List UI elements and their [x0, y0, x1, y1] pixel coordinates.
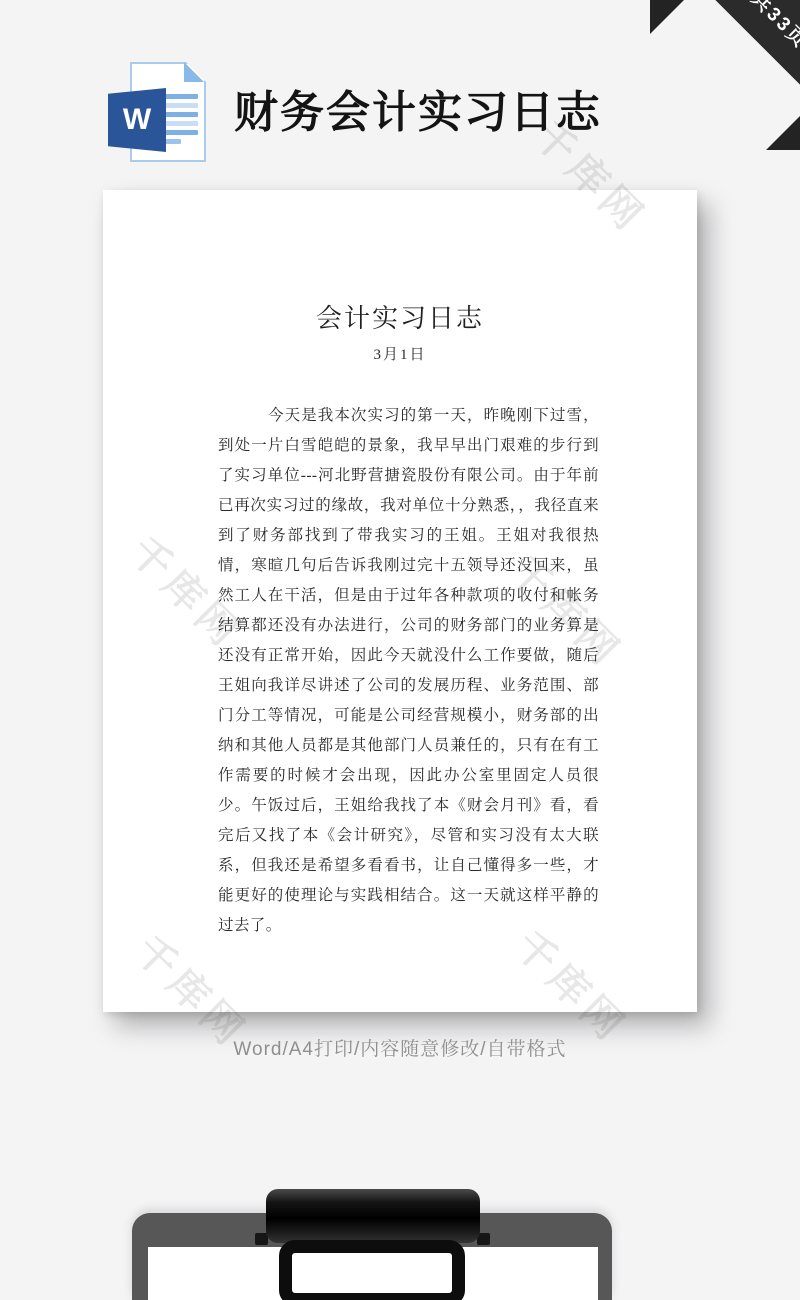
ribbon-fold-top: [650, 0, 684, 34]
word-icon-flag: W: [108, 88, 166, 152]
word-icon-letter: W: [123, 105, 151, 135]
template-title: 财务会计实习日志: [234, 76, 674, 140]
ribbon-fold-right: [766, 116, 800, 150]
word-file-icon: W: [108, 60, 210, 168]
document-preview-page: 会计实习日志 3月1日 今天是我本次实习的第一天，昨晚刚下过雪，到处一片白雪皑皑…: [103, 190, 697, 1012]
clipboard-clip-roller: [266, 1189, 480, 1243]
page-count-label: 共33页: [746, 0, 800, 54]
document-body: 今天是我本次实习的第一天，昨晚刚下过雪，到处一片白雪皑皑的景象，我早早出门艰难的…: [103, 401, 697, 941]
document-date: 3月1日: [103, 344, 697, 366]
template-preview-screen: 共33页 W 财务会计实习日志 会计实习日志 3月1日 今天是我本次实习的第一天…: [0, 0, 800, 1300]
document-title: 会计实习日志: [103, 302, 697, 336]
format-caption: Word/A4打印/内容随意修改/自带格式: [0, 1034, 800, 1061]
word-icon-fold-corner: [184, 62, 204, 82]
clipboard-clip-handle: [279, 1240, 465, 1300]
